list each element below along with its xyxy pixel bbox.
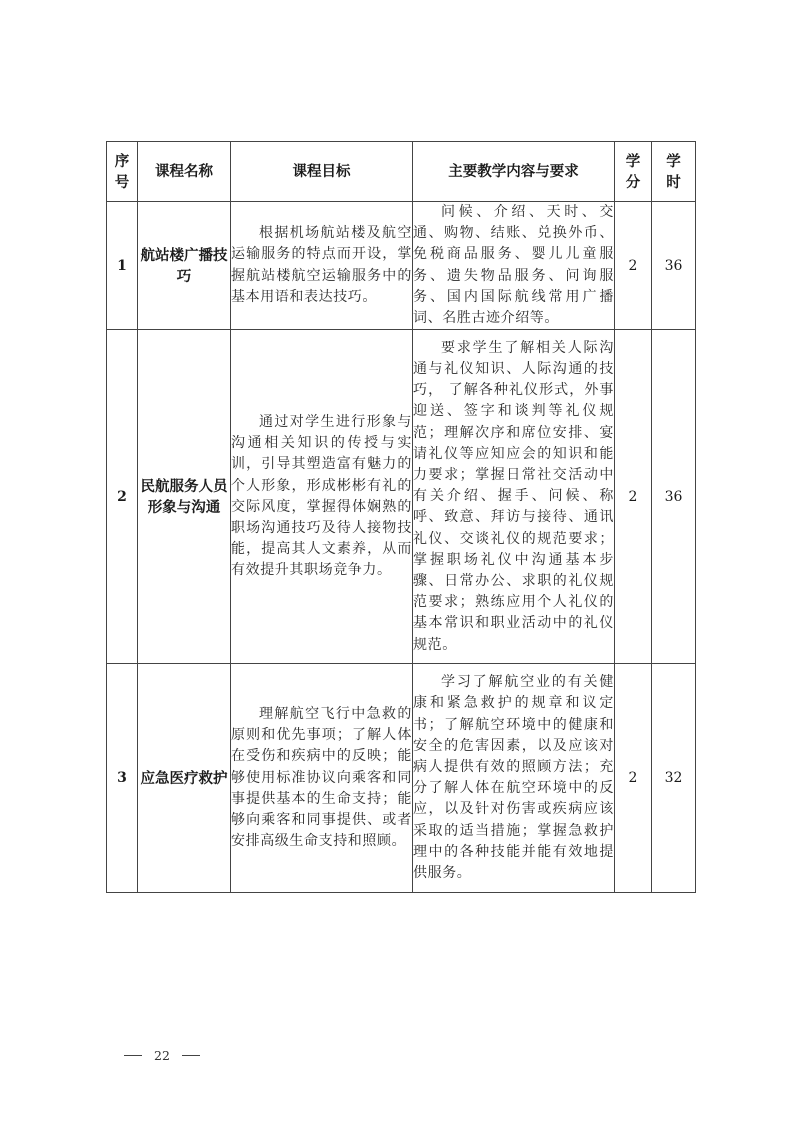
course-hours: 32 xyxy=(652,664,696,893)
course-content: 学习了解航空业的有关健康和紧急救护的规章和议定书；了解航空环境中的健康和安全的危… xyxy=(413,664,615,893)
table-header-row: 序号 课程名称 课程目标 主要教学内容与要求 学分 学时 xyxy=(107,142,696,202)
course-table: 序号 课程名称 课程目标 主要教学内容与要求 学分 学时 1 航站楼广播技巧 根… xyxy=(106,141,696,893)
course-name: 应急医疗救护 xyxy=(138,664,231,893)
row-number: 3 xyxy=(107,664,138,893)
page-footer: 22 xyxy=(124,1048,200,1063)
table-row: 3 应急医疗救护 理解航空飞行中急救的原则和优先事项；了解人体在受伤和疾病中的反… xyxy=(107,664,696,893)
course-credit: 2 xyxy=(615,202,652,330)
course-credit: 2 xyxy=(615,664,652,893)
table-row: 1 航站楼广播技巧 根据机场航站楼及航空运输服务的特点而开设，掌握航站楼航空运输… xyxy=(107,202,696,330)
header-no: 序号 xyxy=(107,142,138,202)
row-number: 1 xyxy=(107,202,138,330)
course-goal: 根据机场航站楼及航空运输服务的特点而开设，掌握航站楼航空运输服务中的基本用语和表… xyxy=(231,202,413,330)
course-hours: 36 xyxy=(652,330,696,664)
header-course-content: 主要教学内容与要求 xyxy=(413,142,615,202)
row-number: 2 xyxy=(107,330,138,664)
course-name: 民航服务人员形象与沟通 xyxy=(138,330,231,664)
header-course-goal: 课程目标 xyxy=(231,142,413,202)
header-course-name: 课程名称 xyxy=(138,142,231,202)
course-goal: 通过对学生进行形象与沟通相关知识的传授与实训，引导其塑造富有魅力的个人形象，形成… xyxy=(231,330,413,664)
course-content: 要求学生了解相关人际沟通与礼仪知识、人际沟通的技巧， 了解各种礼仪形式，外事迎送… xyxy=(413,330,615,664)
course-name: 航站楼广播技巧 xyxy=(138,202,231,330)
page-number: 22 xyxy=(154,1048,170,1063)
course-goal: 理解航空飞行中急救的原则和优先事项；了解人体在受伤和疾病中的反映；能够使用标准协… xyxy=(231,664,413,893)
header-credit: 学分 xyxy=(615,142,652,202)
course-credit: 2 xyxy=(615,330,652,664)
table-row: 2 民航服务人员形象与沟通 通过对学生进行形象与沟通相关知识的传授与实训，引导其… xyxy=(107,330,696,664)
course-hours: 36 xyxy=(652,202,696,330)
header-hours: 学时 xyxy=(652,142,696,202)
footer-dash-right xyxy=(182,1055,200,1056)
footer-dash-left xyxy=(124,1055,142,1056)
course-content: 问候、介绍、天时、交通、购物、结账、兑换外币、免税商品服务、婴儿儿童服务、遗失物… xyxy=(413,202,615,330)
